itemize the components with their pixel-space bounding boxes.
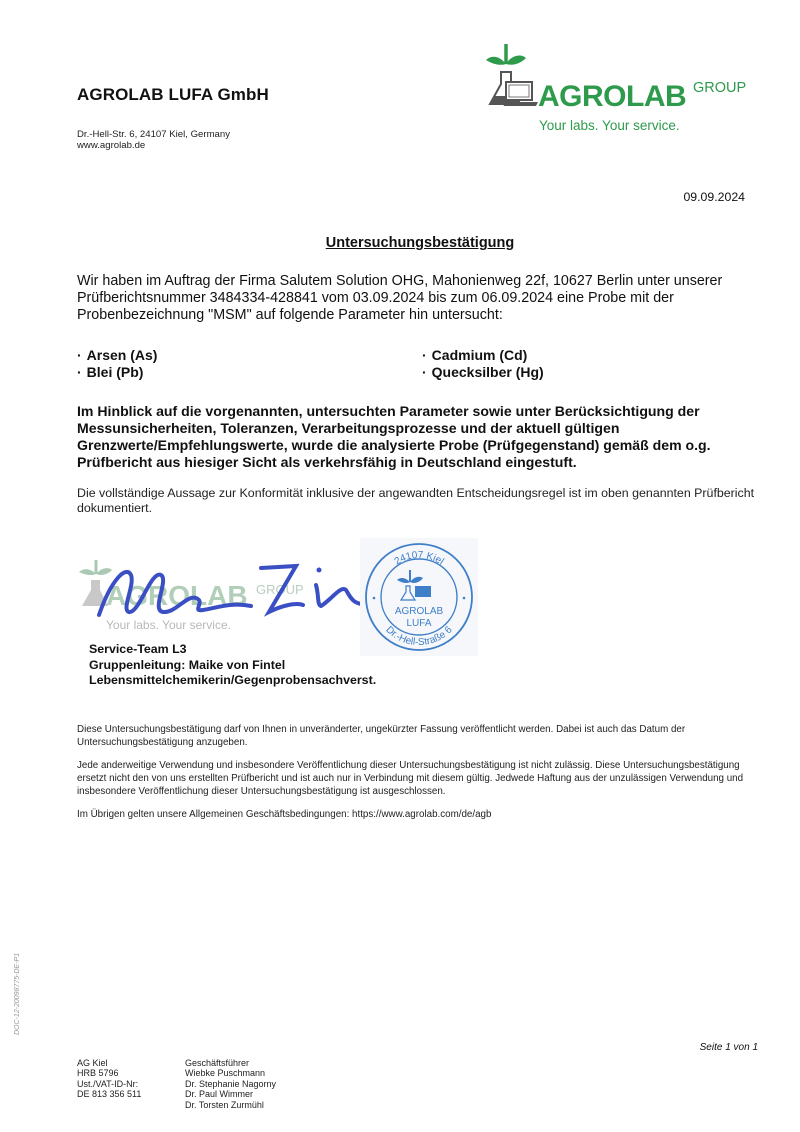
conclusion-statement: Im Hinblick auf die vorgenannten, unters…: [77, 403, 767, 471]
agrolab-logo: AGROLAB GROUP Your labs. Your service.: [484, 42, 764, 137]
page-number: Seite 1 von 1: [700, 1042, 758, 1053]
footer-management: Geschäftsführer Wiebke Puschmann Dr. Ste…: [185, 1058, 276, 1110]
conformity-note: Die vollständige Aussage zur Konformität…: [77, 486, 767, 516]
parameter-column-right: Cadmium (Cd) Quecksilber (Hg): [422, 347, 544, 381]
footer-line: Dr. Stephanie Nagorny: [185, 1079, 276, 1089]
footer-line: DE 813 356 511: [77, 1089, 141, 1099]
document-id: DOC-12-20098775-DE-P1: [14, 953, 21, 1035]
footer-line: Wiebke Puschmann: [185, 1068, 276, 1078]
footer-line: Dr. Paul Wimmer: [185, 1089, 276, 1099]
address-line: Dr.-Hell-Str. 6, 24107 Kiel, Germany: [77, 129, 230, 140]
company-stamp: 24107 Kiel Dr.-Hell-Straße 6 AGROLAB LUF…: [360, 538, 478, 656]
footer-line: Ust./VAT-ID-Nr:: [77, 1079, 141, 1089]
legal-paragraph: Diese Untersuchungsbestätigung darf von …: [77, 723, 767, 749]
footer-registry: AG Kiel HRB 5796 Ust./VAT-ID-Nr: DE 813 …: [77, 1058, 141, 1100]
company-name: AGROLAB LUFA GmbH: [77, 85, 269, 105]
flask-plant-laptop-icon: [484, 42, 540, 110]
signer-block: Service-Team L3 Gruppenleitung: Maike vo…: [89, 642, 376, 689]
legal-notes: Diese Untersuchungsbestätigung darf von …: [77, 723, 767, 831]
stamp-center-1: AGROLAB: [395, 606, 444, 617]
stamp-center-2: LUFA: [406, 618, 431, 629]
logo-wordmark: AGROLAB: [538, 80, 686, 114]
parameter-item: Cadmium (Cd): [422, 347, 544, 364]
signer-team: Service-Team L3: [89, 642, 376, 658]
signer-role: Lebensmittelchemikerin/Gegenprobensachve…: [89, 673, 376, 689]
legal-paragraph: Im Übrigen gelten unsere Allgemeinen Ges…: [77, 808, 767, 821]
handwritten-signature: [91, 540, 391, 630]
footer-line: HRB 5796: [77, 1068, 141, 1078]
logo-group-label: GROUP: [693, 80, 746, 96]
parameter-item: Blei (Pb): [77, 364, 157, 381]
parameter-column-left: Arsen (As) Blei (Pb): [77, 347, 157, 381]
document-title: Untersuchungsbestätigung: [0, 235, 800, 251]
intro-paragraph: Wir haben im Auftrag der Firma Salutem S…: [77, 273, 757, 324]
legal-paragraph: Jede anderweitige Verwendung und insbeso…: [77, 759, 767, 798]
parameter-item: Quecksilber (Hg): [422, 364, 544, 381]
website-link[interactable]: www.agrolab.de: [77, 140, 230, 151]
document-date: 09.09.2024: [683, 190, 745, 204]
logo-tagline: Your labs. Your service.: [539, 118, 680, 133]
company-address: Dr.-Hell-Str. 6, 24107 Kiel, Germany www…: [77, 129, 230, 151]
footer-line: Dr. Torsten Zurmühl: [185, 1100, 276, 1110]
parameter-item: Arsen (As): [77, 347, 157, 364]
signer-lead: Gruppenleitung: Maike von Fintel: [89, 658, 376, 674]
footer-line: Geschäftsführer: [185, 1058, 276, 1068]
footer-line: AG Kiel: [77, 1058, 141, 1068]
